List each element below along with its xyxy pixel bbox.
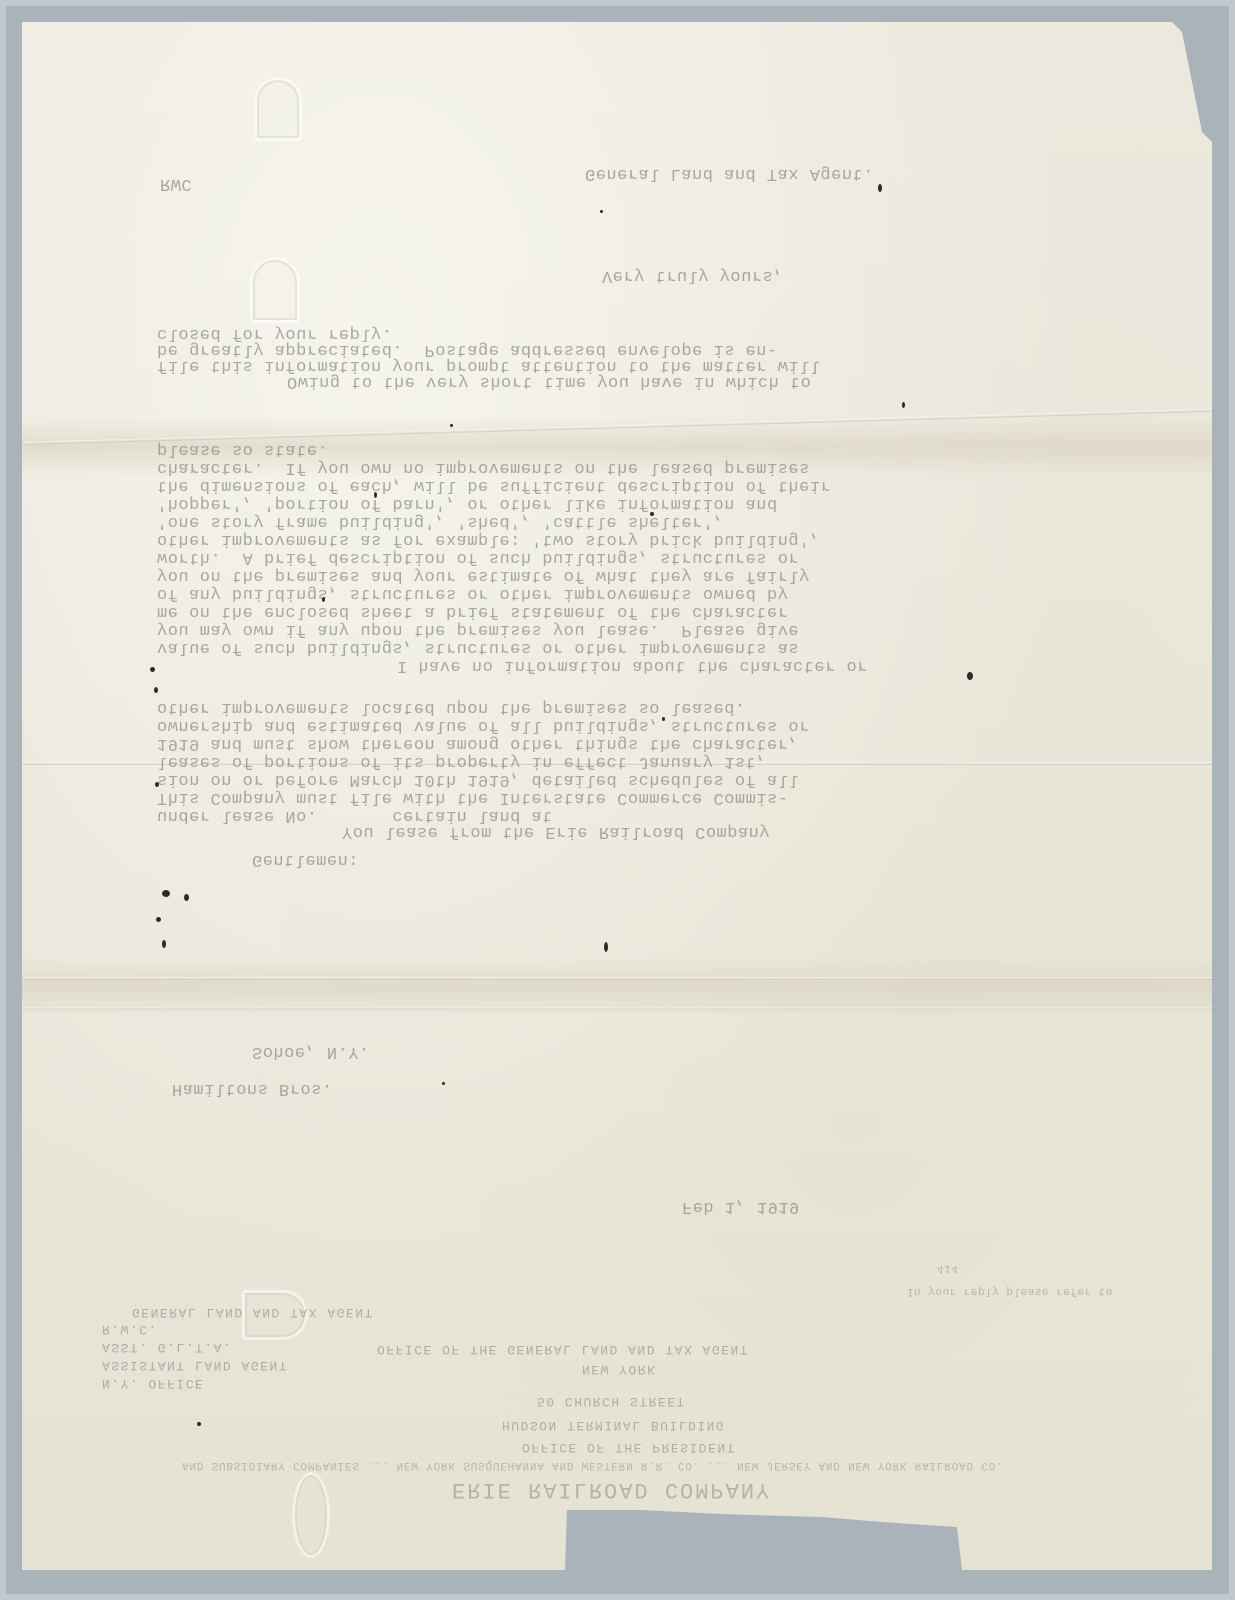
body-line: 1919 and must show thereon among other t…	[157, 734, 799, 753]
ink-speck	[184, 894, 189, 901]
letterhead-left-column: N.Y. OFFICE	[102, 1376, 204, 1391]
watermark-emboss	[292, 1472, 330, 1558]
ink-speck	[902, 402, 905, 408]
ink-speck	[442, 1082, 445, 1085]
addressee-name: Hamiltons Bros.	[172, 1079, 333, 1098]
reply-reference-note: In your reply please refer to	[907, 1285, 1113, 1297]
body-line: 'one story frame building', 'shed', 'cat…	[157, 512, 724, 531]
body-line: character. If you own no improvements on…	[157, 458, 810, 477]
watermark-emboss	[254, 77, 302, 141]
file-number: 414	[937, 1262, 958, 1274]
ink-speck	[150, 667, 155, 672]
body-line: I have no information about the characte…	[397, 656, 868, 675]
letterhead-left-column: GENERAL LAND AND TAX AGENT	[132, 1305, 374, 1320]
ink-speck	[156, 917, 161, 922]
ink-speck	[662, 717, 665, 721]
ink-speck	[155, 782, 159, 787]
letter-page-reverse: General Land and Tax Agent. RWC Very tru…	[22, 22, 1212, 1570]
ink-speck	[197, 1422, 201, 1426]
body-line: leases of portions of its property in ef…	[157, 752, 767, 771]
body-line: This Company must file with the Intersta…	[157, 788, 788, 807]
ink-speck	[374, 492, 377, 498]
letterhead-line5: OFFICE OF THE PRESIDENT	[522, 1440, 736, 1455]
fold-crease	[22, 977, 1212, 980]
body-line: ownership and estimated value of all bui…	[157, 716, 810, 735]
ink-speck	[650, 512, 654, 516]
body-line: you may own if any upon the premises you…	[157, 620, 799, 639]
body-line: me on the enclosed sheet a brief stateme…	[157, 602, 788, 621]
letterhead-left-column: ASST. G.L.T.A.	[102, 1340, 232, 1355]
initials: RWC	[160, 174, 192, 193]
ink-speck	[600, 210, 603, 213]
ink-speck	[967, 672, 973, 680]
letterhead-company: ERIE RAILROAD COMPANY	[452, 1477, 771, 1502]
ink-speck	[878, 184, 882, 192]
salutation: Gentlemen:	[252, 850, 359, 869]
ink-speck	[322, 597, 325, 602]
letterhead-line4: HUDSON TERMINAL BUILDING	[502, 1418, 725, 1433]
body-line: You lease from the Erie Railroad Company	[342, 822, 770, 841]
body-line: Owing to the very short time you have in…	[287, 372, 811, 391]
body-line: worth. A brief description of such build…	[157, 548, 799, 567]
body-line: other improvements as for example: 'two …	[157, 530, 821, 549]
closing: Very truly yours,	[602, 266, 784, 285]
addressee-location: Sohoe, N.Y.	[252, 1042, 370, 1061]
body-line: sion on or before March 10th 1919, detai…	[157, 770, 799, 789]
letterhead-left-column: R.W.C.	[102, 1322, 158, 1337]
body-line: the dimensions of each, will be sufficie…	[157, 476, 831, 495]
letterhead-city: NEW YORK	[582, 1362, 656, 1377]
letterhead-subsidiaries: AND SUBSIDIARY COMPANIES ... NEW YORK SU…	[182, 1459, 1004, 1471]
body-line: 'hopper', 'portion of barn', or other li…	[157, 494, 778, 513]
ink-speck	[162, 890, 170, 897]
ink-speck	[604, 942, 608, 952]
body-line: value of such buildings, structures or o…	[157, 638, 799, 657]
fold-crease	[22, 1007, 1212, 1010]
signature-title: General Land and Tax Agent.	[585, 164, 874, 183]
body-line: please so state.	[157, 440, 328, 459]
letterhead-department: OFFICE OF THE GENERAL LAND AND TAX AGENT	[377, 1342, 749, 1357]
body-line: you on the premises and your estimate of…	[157, 566, 810, 585]
ink-speck	[162, 940, 166, 948]
letterhead-line3: 50 CHURCH STREET	[537, 1394, 686, 1409]
ink-speck	[154, 687, 158, 693]
letterhead-left-column: ASSISTANT LAND AGENT	[102, 1358, 288, 1373]
body-line: of any buildings, structures or other im…	[157, 584, 788, 603]
letter-date: Feb 1, 1919	[682, 1197, 800, 1216]
watermark-emboss	[250, 257, 300, 323]
body-line: other improvements located upon the prem…	[157, 698, 746, 717]
ink-speck	[450, 424, 453, 427]
